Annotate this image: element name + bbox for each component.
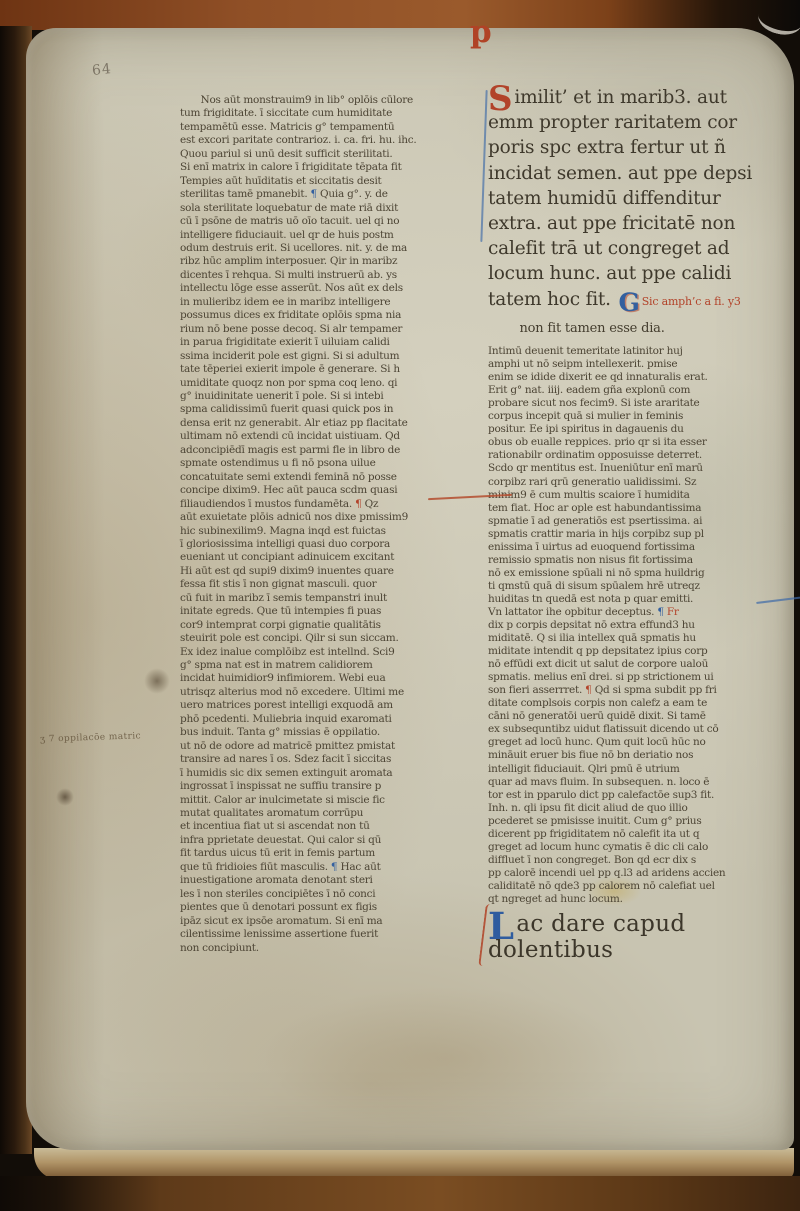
text-line: est excori paritate contrarioz. i. ca. f… [180,134,504,147]
text-segment: les ī non steriles concipiētes ī nō conc… [180,888,375,900]
text-line: non fit tamen esse dia. [488,314,794,341]
text-segment: eueniant ut concipiant adinuicem excitan… [180,551,394,563]
text-segment: non fit tamen esse dia. [488,321,665,336]
text-segment: ditate complsois corpis non calefz a eam… [488,697,707,709]
text-segment: phō pcedenti. Muliebria inquid exaromati [180,713,392,725]
text-segment: ipāz sicut ex ipsōe aromatum. Si enī ma [180,915,382,927]
stain [266,988,626,1128]
text-segment: enim se idide dixerit ee qd innaturalis … [488,371,708,383]
text-segment: intelligere fiduciauit. uel qr de huis p… [180,229,394,241]
text-line: et incentiua fiat ut si ascendat non tū [180,820,504,833]
text-line: diffluet ī non congreget. Bon qd ecr dix… [488,854,794,867]
text-segment: imilit’ et in marib3. aut [514,87,726,108]
text-line: les ī non steriles concipiētes ī nō conc… [180,888,504,901]
text-line: incidat huimidior9 infimiorem. Webi eua [180,672,504,685]
stain [56,788,74,806]
rubric-mark: ¶ [355,498,365,510]
text-line: rationabilr ordinatim opposuisse deterre… [488,449,794,462]
text-line: utrisqz alterius mod nō excedere. Ultimi… [180,686,504,699]
text-segment: spma calidissimū fuerit quasi quick pos … [180,403,393,415]
text-line: poris spc extra fertur ut ñ [488,135,794,160]
initial-letter: G [619,288,640,317]
text-segment: cū ī psōne de matris uō oīo tacuit. uel … [180,215,399,227]
text-line: densa erit nz generabit. Alr etiaz pp fl… [180,417,504,430]
text-line: cāni nō generatōi uerū quidē dixit. Si t… [488,710,794,723]
text-segment: uero matrices porest intelligi exquodā a… [180,699,393,711]
text-segment: ex subsequntibz uidut flatissuit dicendo… [488,723,718,735]
text-segment: in parua frigiditate exierit ī uiluiam c… [180,336,390,348]
text-line: filiaudiendos ī mustos fundamēta. ¶ Qz [180,498,504,511]
text-segment: Inh. n. qli ipsu fit dicit aliud de quo … [488,802,688,814]
text-segment: enissima ī uirtus ad euoquend fortissima [488,541,695,553]
text-segment: tor est in pparulo dict pp calefactōe su… [488,789,714,801]
right-small-text: Intimū deuenit temeritate latinitor huja… [488,345,794,906]
text-line: sterilitas tamē pmanebit. ¶ Quia g°. y. … [180,188,504,201]
text-line: initate egreds. Que tū intempies fi puas [180,605,504,618]
text-segment: utrisqz alterius mod nō excedere. Ultimi… [180,686,404,698]
text-line: concatuitate semi extendi feminā nō poss… [180,471,504,484]
text-segment: tatem hoc fit. [488,289,617,310]
text-line: Ex idez inalue complōibz est intellnd. S… [180,646,504,659]
text-line: aūt exuietate plōis adnicū nos dixe pmis… [180,511,504,524]
text-line: hic subinexilim9. Magna inqd est fuictas [180,525,504,538]
text-line: infra pprietate deuestat. Qui calor si q… [180,834,504,847]
text-line: corpus incepit quā si mulier in feminis [488,410,794,423]
text-segment: Ex idez inalue complōibz est intellnd. S… [180,646,395,658]
text-segment: tem fiat. Hoc ar ople est habundantissim… [488,502,701,514]
text-segment: densa erit nz generabit. Alr etiaz pp fl… [180,417,408,429]
book-bottom-board [0,1176,800,1211]
text-line: spmate ostendimus u fi nō psona uilue [180,457,504,470]
margin-note: ʒ 7 oppilacōe matric [40,729,200,745]
text-line: ut nō de odore ad matricē pmittez pmista… [180,740,504,753]
text-line: spma calidissimū fuerit quasi quick pos … [180,403,504,416]
text-line: corpibz rari qrū generatio ualidissimi. … [488,476,794,489]
text-segment: g° inuidinitate uenerit ī pole. Si si in… [180,390,383,402]
text-segment: spmatis crattir maria in hijs corpibz su… [488,528,704,540]
text-line: in mulieribz idem ee in maribz intellige… [180,296,504,309]
text-line: nō effūdi ext dicit ut salut de corpore … [488,658,794,671]
folio-number: 64 [91,61,112,79]
text-segment: dicerent pp frigiditatem nō calefit ita … [488,828,699,840]
text-segment: et incentiua fiat ut si ascendat non tū [180,820,370,832]
text-segment: mittit. Calor ar inulcimetate si miscie … [180,794,385,806]
text-line: amphi ut nō seipm intellexerit. pmise [488,358,794,371]
right-text-column: Similit’ et in marib3. autemm propter ra… [488,85,794,963]
text-segment: cor9 intemprat corpi gignatie qualitātis [180,619,381,631]
text-line: intellectu lōge esse asserūt. Nos aūt ex… [180,282,504,295]
text-line: Intimū deuenit temeritate latinitor huj [488,345,794,358]
text-segment: huiditas tn quedā est nota p quar emitti… [488,593,693,605]
text-line: probare sicut nos fecim9. Si iste ararit… [488,397,794,410]
text-segment: extra. aut ppe fricitatē non [488,213,735,234]
text-segment: probare sicut nos fecim9. Si iste ararit… [488,397,700,409]
text-line: ribz hūc amplim interposuer. Qir in mari… [180,255,504,268]
text-line: ex subsequntibz uidut flatissuit dicendo… [488,723,794,736]
text-segment: poris spc extra fertur ut ñ [488,137,726,158]
quire-letter-rubric: p [470,14,492,50]
text-line: caliditatē nō qde3 pp calorem nō calefia… [488,880,794,893]
text-segment: spmate ostendimus u fi nō psona uilue [180,457,376,469]
text-segment: rationabilr ordinatim opposuisse deterre… [488,449,702,461]
text-segment: umiditate quoqz non por spma coq leno. q… [180,377,397,389]
text-line: tempamētū esse. Matricis g° tempamentū [180,121,504,134]
text-line: cor9 intemprat corpi gignatie qualitātis [180,619,504,632]
text-line: pcederet se pmisisse inuitit. Cum g° pri… [488,815,794,828]
text-line: quar ad mavs fluim. In subsequen. n. loc… [488,776,794,789]
text-line: Hi aūt est qd supi9 dixim9 inuentes quar… [180,565,504,578]
text-line: steuirit pole est concipi. Qilr si sun s… [180,632,504,645]
display-line: Lac dare capud dolentibus [488,911,794,963]
text-line: ingrossat ī inspissat ne suffiu transire… [180,780,504,793]
text-segment: Quou pariul si unū desit sufficit steril… [180,148,392,160]
text-line: bus induit. Tanta g° missias ē oppilatio… [180,726,504,739]
text-segment: fit tardus uicus tū erit in femis partum [180,847,375,859]
text-line: cū fuit in maribz ī semis tempanstri inu… [180,592,504,605]
text-segment: obus ob eualle reppices. prio qr si ita … [488,436,707,448]
text-segment: hic subinexilim9. Magna inqd est fuictas [180,525,386,537]
text-line: greget ad locū hunc. Qum quit locū hūc n… [488,736,794,749]
text-segment: miditate intendit q pp depsitatez ipius … [488,645,708,657]
text-line: Inh. n. qli ipsu fit dicit aliud de quo … [488,802,794,815]
text-line: uero matrices porest intelligi exquodā a… [180,699,504,712]
text-line: g° inuidinitate uenerit ī pole. Si si in… [180,390,504,403]
text-line: possumus dices ex friditate oplōis spma … [180,309,504,322]
text-segment: ī humidis sic dix semen extinguit aromat… [180,767,392,779]
text-segment: dicentes ī rehqua. Si multi instruerū ab… [180,269,397,281]
text-segment: sola sterilitate loquebatur de mate riā … [180,202,398,214]
text-segment: pientes que ū denotari possunt ex figis [180,901,377,913]
text-line: cū ī psōne de matris uō oīo tacuit. uel … [180,215,504,228]
text-line: eueniant ut concipiant adinuicem excitan… [180,551,504,564]
text-segment: adconcipiēdī magis est parmi fle in libr… [180,444,400,456]
text-line: Similit’ et in marib3. aut [488,85,794,110]
text-segment: ut nō de odore ad matricē pmittez pmista… [180,740,395,752]
text-line: dix p corpis depsitat nō extra effund3 h… [488,619,794,632]
text-line: sola sterilitate loquebatur de mate riā … [180,202,504,215]
rubric-mark: ¶ [311,188,321,200]
text-line: emm propter raritatem cor [488,110,794,135]
text-line: tum frigiditate. ī siccitate cum humidit… [180,107,504,120]
text-segment: locum hunc. aut ppe calidi [488,263,731,284]
text-segment: ssima inciderit pole est gigni. Si si ad… [180,350,399,362]
text-line: intelligit fiduciauit. Qlri pmū ē utrium [488,763,794,776]
text-segment: filiaudiendos ī mustos fundamēta. [180,498,355,510]
text-line: Tempies aūt huīditatis et siccitatis des… [180,175,504,188]
text-line: minim9 ē cum multis scaiore ī humidita [488,489,794,502]
text-segment: inuestigatione aromata denotant steri [180,874,373,886]
text-line: Si enī matrix in calore ī frigiditate tē… [180,161,504,174]
text-segment: Vn lattator ihe opbitur deceptus. [488,606,657,618]
text-segment: concatuitate semi extendi feminā nō poss… [180,471,397,483]
text-segment: mutat qualitates aromatum corrūpu [180,807,363,819]
text-segment: cū fuit in maribz ī semis tempanstri inu… [180,592,387,604]
text-line: Vn lattator ihe opbitur deceptus. ¶ Fr [488,606,794,619]
text-line: obus ob eualle reppices. prio qr si ita … [488,436,794,449]
text-line: Lac dare capud dolentibus [488,911,794,963]
text-segment: tum frigiditate. ī siccitate cum humidit… [180,107,392,119]
text-segment: spmatie ī ad generatiōs est psertissima.… [488,515,702,527]
text-line: mināuit eruer bis fiue nō bn deriatio no… [488,749,794,762]
text-line: odum destruis erit. Si ucellores. nit. y… [180,242,504,255]
text-segment: nō effūdi ext dicit ut salut de corpore … [488,658,708,670]
right-large-text: Similit’ et in marib3. autemm propter ra… [488,85,794,341]
book-top-edge [0,0,800,30]
text-line: pp calorē incendi uel pp q.l3 ad aridens… [488,867,794,880]
text-segment: Scdo qr mentitus est. Inueniūtur enī mar… [488,462,703,474]
text-line: umiditate quoqz non por spma coq leno. q… [180,377,504,390]
rubric-mark: ¶ [657,606,667,618]
text-segment: miditatē. Q si ilia intellex quā spmatis… [488,632,696,644]
manuscript-page: 64 p ʒ 7 oppilacōe matric Nos aūt monstr… [26,28,794,1150]
text-line: miditatē. Q si ilia intellex quā spmatis… [488,632,794,645]
text-line: concipe dixim9. Hec aūt pauca scdm quasi [180,484,504,497]
text-line: non concipiunt. [180,942,504,955]
text-line: mutat qualitates aromatum corrūpu [180,807,504,820]
text-line: Quou pariul si unū desit sufficit steril… [180,148,504,161]
text-segment: Qd si spma subdit pp fri [595,684,717,696]
text-segment: bus induit. Tanta g° missias ē oppilatio… [180,726,380,738]
text-segment: Intimū deuenit temeritate latinitor huj [488,345,683,357]
text-line: ī gloriosissima intelligi quasi duo corp… [180,538,504,551]
text-line: spmatis crattir maria in hijs corpibz su… [488,528,794,541]
text-segment: ac dare capud dolentibus [488,911,693,963]
text-segment: est excori paritate contrarioz. i. ca. f… [180,134,417,146]
text-line: remissio spmatis non nisus fit fortissim… [488,554,794,567]
text-segment: incidat huimidior9 infimiorem. Webi eua [180,672,385,684]
text-line: rium nō bene posse decoq. Si alr tempame… [180,323,504,336]
text-segment: ultimam nō extendi cū incidat uistiuam. … [180,430,400,442]
text-line: miditate intendit q pp depsitatez ipius … [488,645,794,658]
text-segment: tatem humidū diffenditur [488,188,721,209]
text-segment: intellectu lōge esse asserūt. Nos aūt ex… [180,282,403,294]
text-line: fessa fit stis ī non gignat masculi. quo… [180,578,504,591]
text-line: fit tardus uicus tū erit in femis partum [180,847,504,860]
text-segment: cilentissime lenissime assertione fuerit [180,928,378,940]
text-segment: Nos aūt monstrauim9 in lib° oplōis cūlor… [180,94,413,106]
text-segment: mināuit eruer bis fiue nō bn deriatio no… [488,749,693,761]
text-segment: Erit g° nat. iiij. eadem gña explonū com [488,384,690,396]
text-segment: greget ad locū hunc. Qum quit locū hūc n… [488,736,706,748]
text-segment: corpibz rari qrū generatio ualidissimi. … [488,476,696,488]
text-segment: dix p corpis depsitat nō extra effund3 h… [488,619,695,631]
text-line: greget ad locum hunc cymatis ē dic cli c… [488,841,794,854]
text-segment: Quia g°. y. de [320,188,388,200]
text-segment: incidat semen. aut ppe depsi [488,163,752,184]
stain [144,668,170,694]
text-line: inuestigatione aromata denotant steri [180,874,504,887]
left-text-column: Nos aūt monstrauim9 in lib° oplōis cūlor… [180,94,504,955]
text-segment: ingrossat ī inspissat ne suffiu transire… [180,780,381,792]
text-line: mittit. Calor ar inulcimetate si miscie … [180,794,504,807]
text-line: positur. Ee ipi spiritus in dagauenis du [488,423,794,436]
text-segment: calefit trā ut congreget ad [488,238,729,259]
text-segment: diffluet ī non congreget. Bon qd ecr dix… [488,854,696,866]
text-line: intelligere fiduciauit. uel qr de huis p… [180,229,504,242]
text-segment: intelligit fiduciauit. Qlri pmū ē utrium [488,763,680,775]
text-segment: positur. Ee ipi spiritus in dagauenis du [488,423,684,435]
text-segment: nō ex emissione spūali ni nō spma huildr… [488,567,705,579]
text-segment: odum destruis erit. Si ucellores. nit. y… [180,242,407,254]
text-segment: rium nō bene posse decoq. Si alr tempame… [180,323,402,335]
text-segment: ribz hūc amplim interposuer. Qir in mari… [180,255,397,267]
rubric-mark: ¶ [585,684,595,696]
text-segment: pp calorē incendi uel pp q.l3 ad aridens… [488,867,725,879]
text-line: tatem hoc fit. GSic amph’c a fi. y3 [488,287,794,314]
text-segment: concipe dixim9. Hec aūt pauca scdm quasi [180,484,397,496]
text-segment: minim9 ē cum multis scaiore ī humidita [488,489,690,501]
text-segment: Qz [365,498,379,510]
text-line: ditate complsois corpis non calefz a eam… [488,697,794,710]
text-segment: remissio spmatis non nisus fit fortissim… [488,554,693,566]
text-line: huiditas tn quedā est nota p quar emitti… [488,593,794,606]
text-segment: aūt exuietate plōis adnicū nos dixe pmis… [180,511,408,523]
text-segment: que tū fridioies fiūt masculis. [180,861,331,873]
text-line: g° spma nat est in matrem calidiorem [180,659,504,672]
text-segment: infra pprietate deuestat. Qui calor si q… [180,834,381,846]
text-line: pientes que ū denotari possunt ex figis [180,901,504,914]
text-segment: amphi ut nō seipm intellexerit. pmise [488,358,677,370]
text-segment: cāni nō generatōi uerū quidē dixit. Si t… [488,710,706,722]
text-line: son fieri asserrret. ¶ Qd si spma subdit… [488,684,794,697]
text-line: dicerent pp frigiditatem nō calefit ita … [488,828,794,841]
text-line: ti qmstū quā di sisum spūalem hrē utreqz [488,580,794,593]
text-line: spmatis. melius enī drei. si pp strictio… [488,671,794,684]
text-line: cilentissime lenissime assertione fuerit [180,928,504,941]
text-segment: son fieri asserrret. [488,684,585,696]
text-segment: Hac aūt [340,861,380,873]
text-line: tate tēperiei exierit impole ē generare.… [180,363,504,376]
text-line: qt ngreget ad hunc locum. [488,893,794,906]
text-line: adconcipiēdī magis est parmi fle in libr… [180,444,504,457]
text-line: que tū fridioies fiūt masculis. ¶ Hac aū… [180,861,504,874]
text-line: ī humidis sic dix semen extinguit aromat… [180,767,504,780]
text-segment: sterilitas tamē pmanebit. [180,188,311,200]
text-segment: initate egreds. Que tū intempies fi puas [180,605,381,617]
text-line: extra. aut ppe fricitatē non [488,211,794,236]
text-line: spmatie ī ad generatiōs est psertissima.… [488,515,794,528]
text-line: phō pcedenti. Muliebria inquid exaromati [180,713,504,726]
text-line: ultimam nō extendi cū incidat uistiuam. … [180,430,504,443]
text-line: ipāz sicut ex ipsōe aromatum. Si enī ma [180,915,504,928]
text-segment: transire ad nares ī os. Sdez facit ī sic… [180,753,391,765]
text-line: Nos aūt monstrauim9 in lib° oplōis cūlor… [180,94,504,107]
text-segment: pcederet se pmisisse inuitit. Cum g° pri… [488,815,701,827]
text-segment: corpus incepit quā si mulier in feminis [488,410,683,422]
text-segment: spmatis. melius enī drei. si pp strictio… [488,671,714,683]
text-segment: greget ad locum hunc cymatis ē dic cli c… [488,841,708,853]
text-line: tor est in pparulo dict pp calefactōe su… [488,789,794,802]
text-line: dicentes ī rehqua. Si multi instruerū ab… [180,269,504,282]
text-segment: emm propter raritatem cor [488,112,737,133]
text-segment: ī gloriosissima intelligi quasi duo corp… [180,538,390,550]
text-segment: Hi aūt est qd supi9 dixim9 inuentes quar… [180,565,394,577]
text-segment: in mulieribz idem ee in maribz intellige… [180,296,390,308]
text-line: enim se idide dixerit ee qd innaturalis … [488,371,794,384]
text-segment: tate tēperiei exierit impole ē generare.… [180,363,400,375]
text-line: Scdo qr mentitus est. Inueniūtur enī mar… [488,462,794,475]
text-line: calefit trā ut congreget ad [488,236,794,261]
text-line: enissima ī uirtus ad euoquend fortissima [488,541,794,554]
text-line: tatem humidū diffenditur [488,186,794,211]
text-line: nō ex emissione spūali ni nō spma huildr… [488,567,794,580]
text-segment: Si enī matrix in calore ī frigiditate tē… [180,161,402,173]
rubric-mark: Sic amph’c a fi. y3 [642,295,741,308]
text-line: locum hunc. aut ppe calidi [488,261,794,286]
text-segment: non concipiunt. [180,942,259,954]
text-line: incidat semen. aut ppe depsi [488,161,794,186]
text-line: Erit g° nat. iiij. eadem gña explonū com [488,384,794,397]
text-segment: quar ad mavs fluim. In subsequen. n. loc… [488,776,709,788]
text-segment: caliditatē nō qde3 pp calorem nō calefia… [488,880,715,892]
text-segment: g° spma nat est in matrem calidiorem [180,659,373,671]
text-segment: ti qmstū quā di sisum spūalem hrē utreqz [488,580,700,592]
text-line: tem fiat. Hoc ar ople est habundantissim… [488,502,794,515]
text-line: transire ad nares ī os. Sdez facit ī sic… [180,753,504,766]
rubric-mark: Fr [667,606,679,618]
text-segment: tempamētū esse. Matricis g° tempamentū [180,121,394,133]
text-segment: Tempies aūt huīditatis et siccitatis des… [180,175,382,187]
text-line: in parua frigiditate exierit ī uiluiam c… [180,336,504,349]
text-line: ssima inciderit pole est gigni. Si si ad… [180,350,504,363]
text-segment: fessa fit stis ī non gignat masculi. quo… [180,578,376,590]
manuscript-photo: { "page": { "folio_number": "64", "quire… [0,0,800,1211]
text-segment: steuirit pole est concipi. Qilr si sun s… [180,632,399,644]
text-segment: possumus dices ex friditate oplōis spma … [180,309,401,321]
